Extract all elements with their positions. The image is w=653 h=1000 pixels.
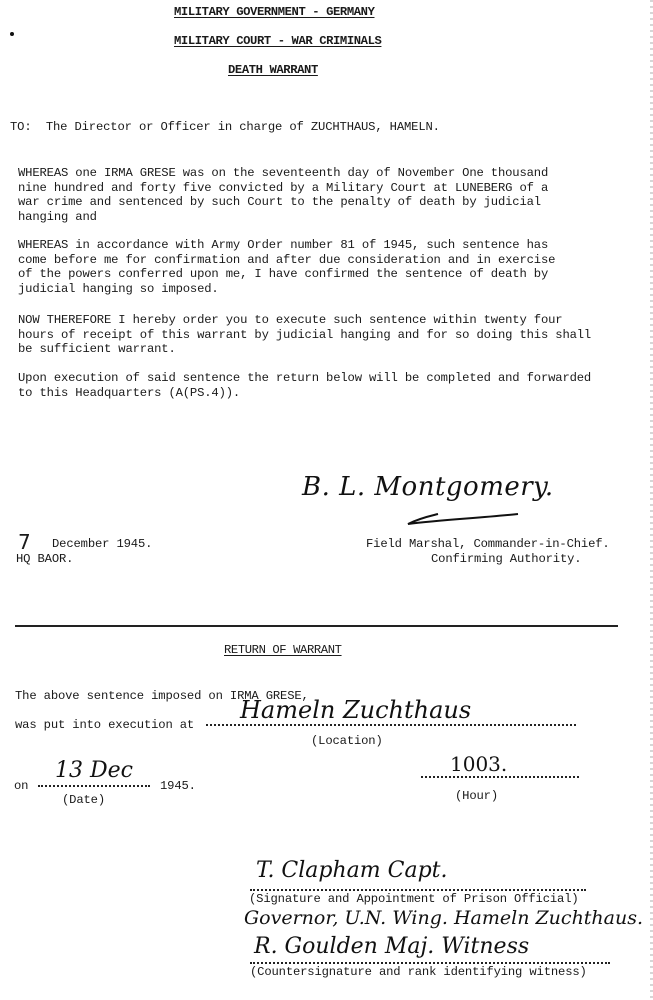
header-line-2: MILITARY COURT - WAR CRIMINALS xyxy=(174,34,381,48)
death-warrant-document: MILITARY GOVERNMENT - GERMANY MILITARY C… xyxy=(0,0,653,1000)
official-appointment: Governor, U.N. Wing. Hameln Zuchthaus. xyxy=(244,907,643,929)
prison-official-signature: T. Clapham Capt. xyxy=(256,858,448,883)
location-value: Hameln Zuchthaus xyxy=(240,696,471,724)
return-title: RETURN OF WARRANT xyxy=(224,643,342,657)
hour-dotted-line xyxy=(421,776,579,778)
paragraph-confirmation: WHEREAS in accordance with Army Order nu… xyxy=(18,238,638,296)
warrant-date: December 1945. xyxy=(52,537,152,551)
execution-date: 13 Dec xyxy=(55,758,133,783)
location-dotted-line xyxy=(206,724,576,726)
witness-signature: R. Goulden Maj. Witness xyxy=(254,934,529,959)
date-prefix: on xyxy=(14,779,28,793)
paragraph-conviction: WHEREAS one IRMA GRESE was on the sevent… xyxy=(18,166,638,224)
execution-year: 1945. xyxy=(160,779,196,793)
hour-label: (Hour) xyxy=(455,789,498,803)
header-line-1: MILITARY GOVERNMENT - GERMANY xyxy=(174,5,375,19)
execution-hour: 1003. xyxy=(450,752,507,776)
warrant-place: HQ BAOR. xyxy=(16,552,73,566)
date-dotted-line xyxy=(38,785,150,787)
location-label: (Location) xyxy=(311,734,383,748)
document-title: DEATH WARRANT xyxy=(228,63,318,77)
scan-speck xyxy=(10,32,14,36)
confirming-role: Confirming Authority. xyxy=(431,552,581,566)
witness-label: (Countersignature and rank identifying w… xyxy=(250,965,587,979)
paragraph-order: NOW THEREFORE I hereby order you to exec… xyxy=(18,313,638,357)
warrant-date-day: 7 xyxy=(18,530,31,554)
signature-flourish xyxy=(400,510,520,528)
section-divider xyxy=(15,625,618,627)
execution-location-prefix: was put into execution at xyxy=(15,718,194,732)
montgomery-signature: B. L. Montgomery. xyxy=(302,472,554,502)
official-label: (Signature and Appointment of Prison Off… xyxy=(249,892,579,906)
confirming-rank: Field Marshal, Commander-in-Chief. xyxy=(366,537,610,551)
witness-dotted-line xyxy=(250,962,610,964)
official-dotted-line xyxy=(250,889,586,891)
paragraph-return-instruction: Upon execution of said sentence the retu… xyxy=(18,371,638,400)
addressee: TO: The Director or Officer in charge of… xyxy=(10,120,440,134)
date-label: (Date) xyxy=(62,793,105,807)
